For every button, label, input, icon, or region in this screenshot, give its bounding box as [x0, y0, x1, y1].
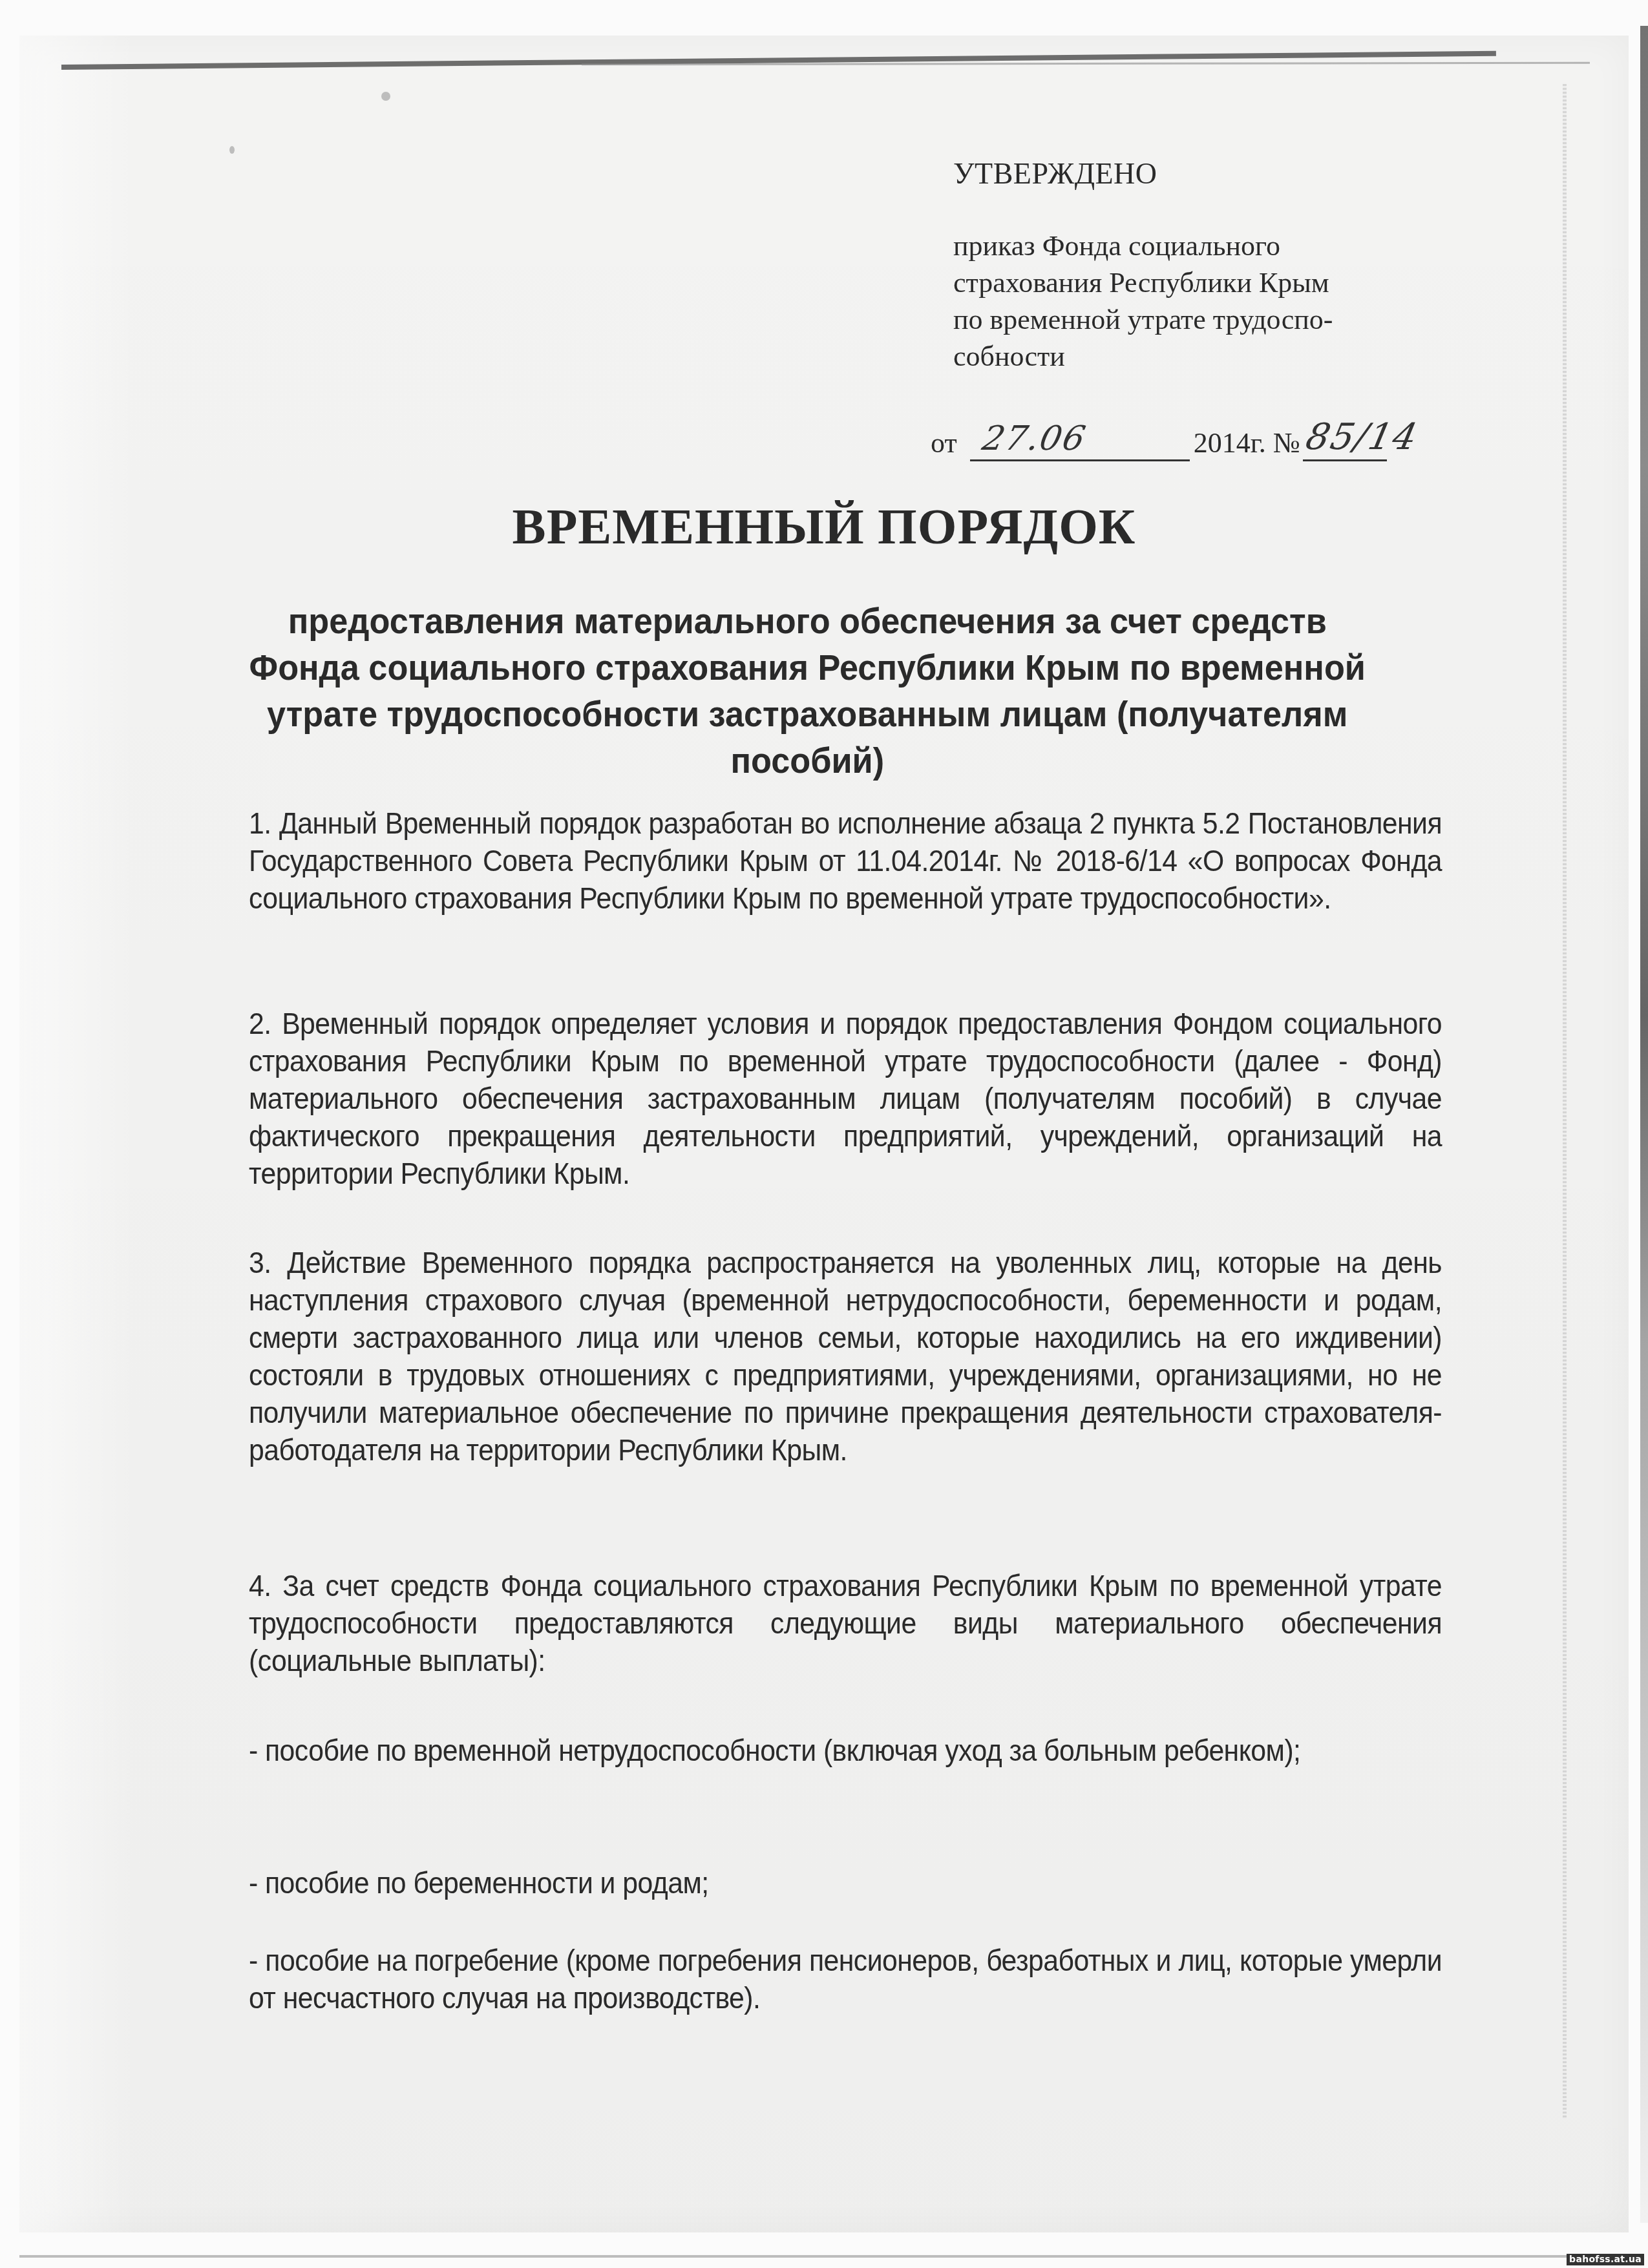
- bottom-page-edge: [19, 2255, 1629, 2258]
- handwritten-order-number: 85/14: [1302, 416, 1422, 458]
- scan-speck: [229, 146, 235, 154]
- order-date-number: от27.06 2014г. №85/14: [931, 426, 1387, 461]
- approval-line: страхования Республики Крым: [953, 264, 1444, 301]
- document-title: ВРЕМЕННЫЙ ПОРЯДОК: [0, 498, 1648, 556]
- list-item-text: - пособие по временной нетрудоспособност…: [249, 1732, 1442, 1769]
- right-scan-edge: [1640, 26, 1648, 2223]
- document-subtitle: предоставления материального обеспечения…: [246, 598, 1369, 784]
- list-item-text: - пособие на погребение (кроме погребени…: [249, 1942, 1442, 2017]
- paragraph-text: 3. Действие Временного порядка распростр…: [249, 1244, 1442, 1469]
- paragraph-text: 4. За счет средств Фонда социального стр…: [249, 1567, 1442, 1679]
- order-year-label: 2014г. №: [1194, 427, 1300, 459]
- benefit-list-item: - пособие по временной нетрудоспособност…: [249, 1732, 1442, 1769]
- order-prefix: от: [931, 427, 957, 459]
- paragraph-1: 1. Данный Временный порядок разработан в…: [249, 804, 1442, 917]
- approval-line: собности: [953, 338, 1444, 375]
- list-item-text: - пособие по беременности и родам;: [249, 1864, 1442, 1902]
- paragraph-text: 1. Данный Временный порядок разработан в…: [249, 804, 1442, 917]
- order-date-field: 27.06: [970, 426, 1190, 461]
- paragraph-text: 2. Временный порядок определяет условия …: [249, 1005, 1442, 1192]
- benefit-list-item: - пособие по беременности и родам;: [249, 1864, 1442, 1902]
- right-scan-dotline: [1563, 84, 1567, 2119]
- approval-line: приказ Фонда социального: [953, 227, 1444, 264]
- approval-block: УТВЕРЖДЕНО приказ Фонда социального стра…: [953, 155, 1444, 375]
- approval-line: по временной утрате трудоспо-: [953, 301, 1444, 338]
- site-watermark: bahofss.at.ua: [1567, 2254, 1644, 2265]
- paragraph-2: 2. Временный порядок определяет условия …: [249, 1005, 1442, 1192]
- paragraph-3: 3. Действие Временного порядка распростр…: [249, 1244, 1442, 1469]
- approved-heading: УТВЕРЖДЕНО: [953, 155, 1444, 192]
- benefit-list-item: - пособие на погребение (кроме погребени…: [249, 1942, 1442, 2017]
- scan-speck: [381, 92, 390, 101]
- handwritten-date: 27.06: [978, 419, 1090, 458]
- order-number-field: 85/14: [1303, 426, 1387, 461]
- paragraph-4: 4. За счет средств Фонда социального стр…: [249, 1567, 1442, 1679]
